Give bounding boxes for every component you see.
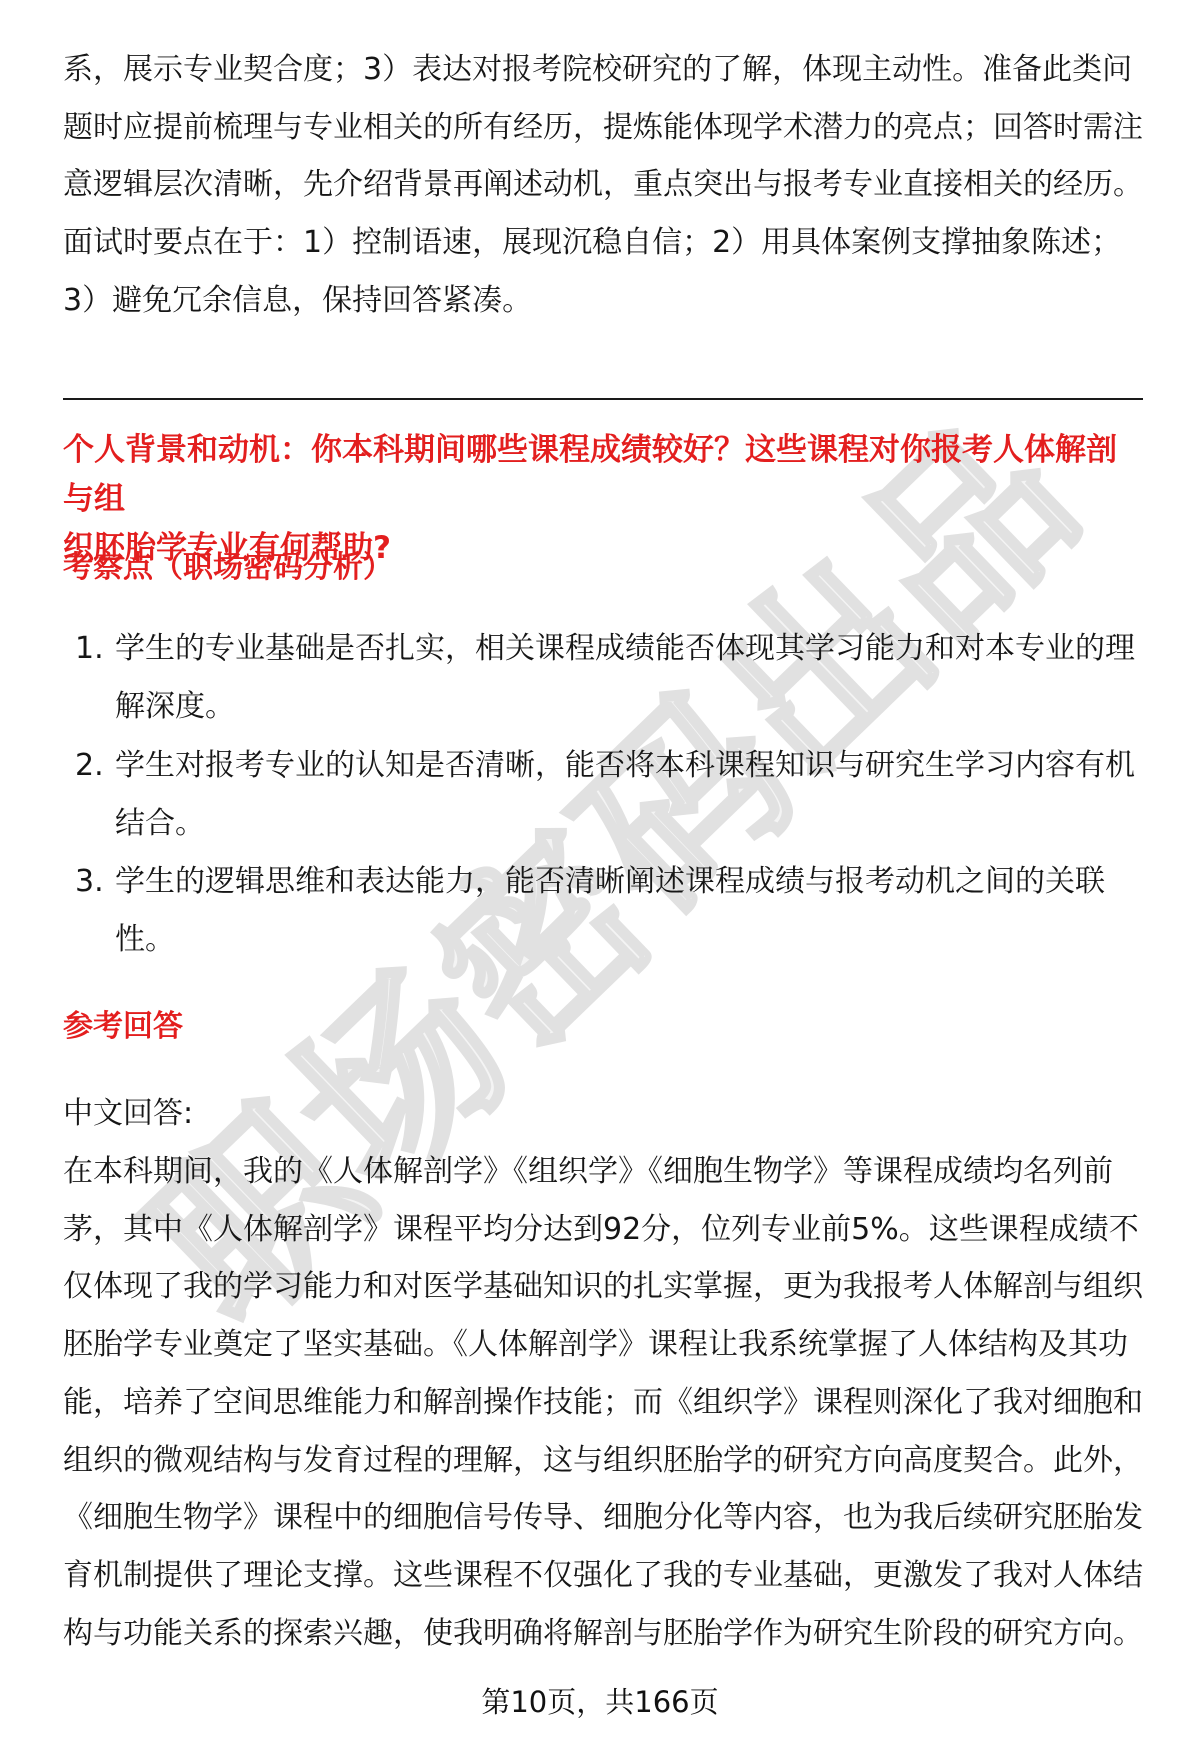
- point-text: 学生的专业基础是否扎实，相关课程成绩能否体现其学习能力和对本专业的理 解深度。: [115, 620, 1155, 737]
- point-text: 学生对报考专业的认知是否清晰，能否将本科课程知识与研究生学习内容有机 结合。: [115, 737, 1155, 854]
- page-number-footer: 第10页，共166页: [0, 1682, 1200, 1722]
- point-text: 学生的逻辑思维和表达能力，能否清晰阐述课程成绩与报考动机之间的关联 性。: [115, 853, 1155, 970]
- analysis-heading: 考察点（职场密码分析）: [63, 550, 1143, 586]
- section-divider: [63, 398, 1143, 400]
- answer-heading: 参考回答: [63, 1009, 1143, 1045]
- analysis-points-list: 1. 学生的专业基础是否扎实，相关课程成绩能否体现其学习能力和对本专业的理 解深…: [63, 620, 1155, 970]
- analysis-point-2: 2. 学生对报考专业的认知是否清晰，能否将本科课程知识与研究生学习内容有机 结合…: [75, 737, 1155, 854]
- answer-body: 在本科期间，我的《人体解剖学》《组织学》《细胞生物学》等课程成绩均名列前 茅，其…: [63, 1143, 1143, 1662]
- analysis-point-1: 1. 学生的专业基础是否扎实，相关课程成绩能否体现其学习能力和对本专业的理 解深…: [75, 620, 1155, 737]
- intro-paragraph: 系，展示专业契合度；3）表达对报考院校研究的了解，体现主动性。准备此类问 题时应…: [63, 41, 1143, 330]
- document-page: 职场密码出品 系，展示专业契合度；3）表达对报考院校研究的了解，体现主动性。准备…: [0, 0, 1200, 1755]
- point-number: 3.: [75, 853, 115, 970]
- point-number: 1.: [75, 620, 115, 737]
- analysis-point-3: 3. 学生的逻辑思维和表达能力，能否清晰阐述课程成绩与报考动机之间的关联 性。: [75, 853, 1155, 970]
- point-number: 2.: [75, 737, 115, 854]
- answer-language-label: 中文回答:: [63, 1085, 1143, 1143]
